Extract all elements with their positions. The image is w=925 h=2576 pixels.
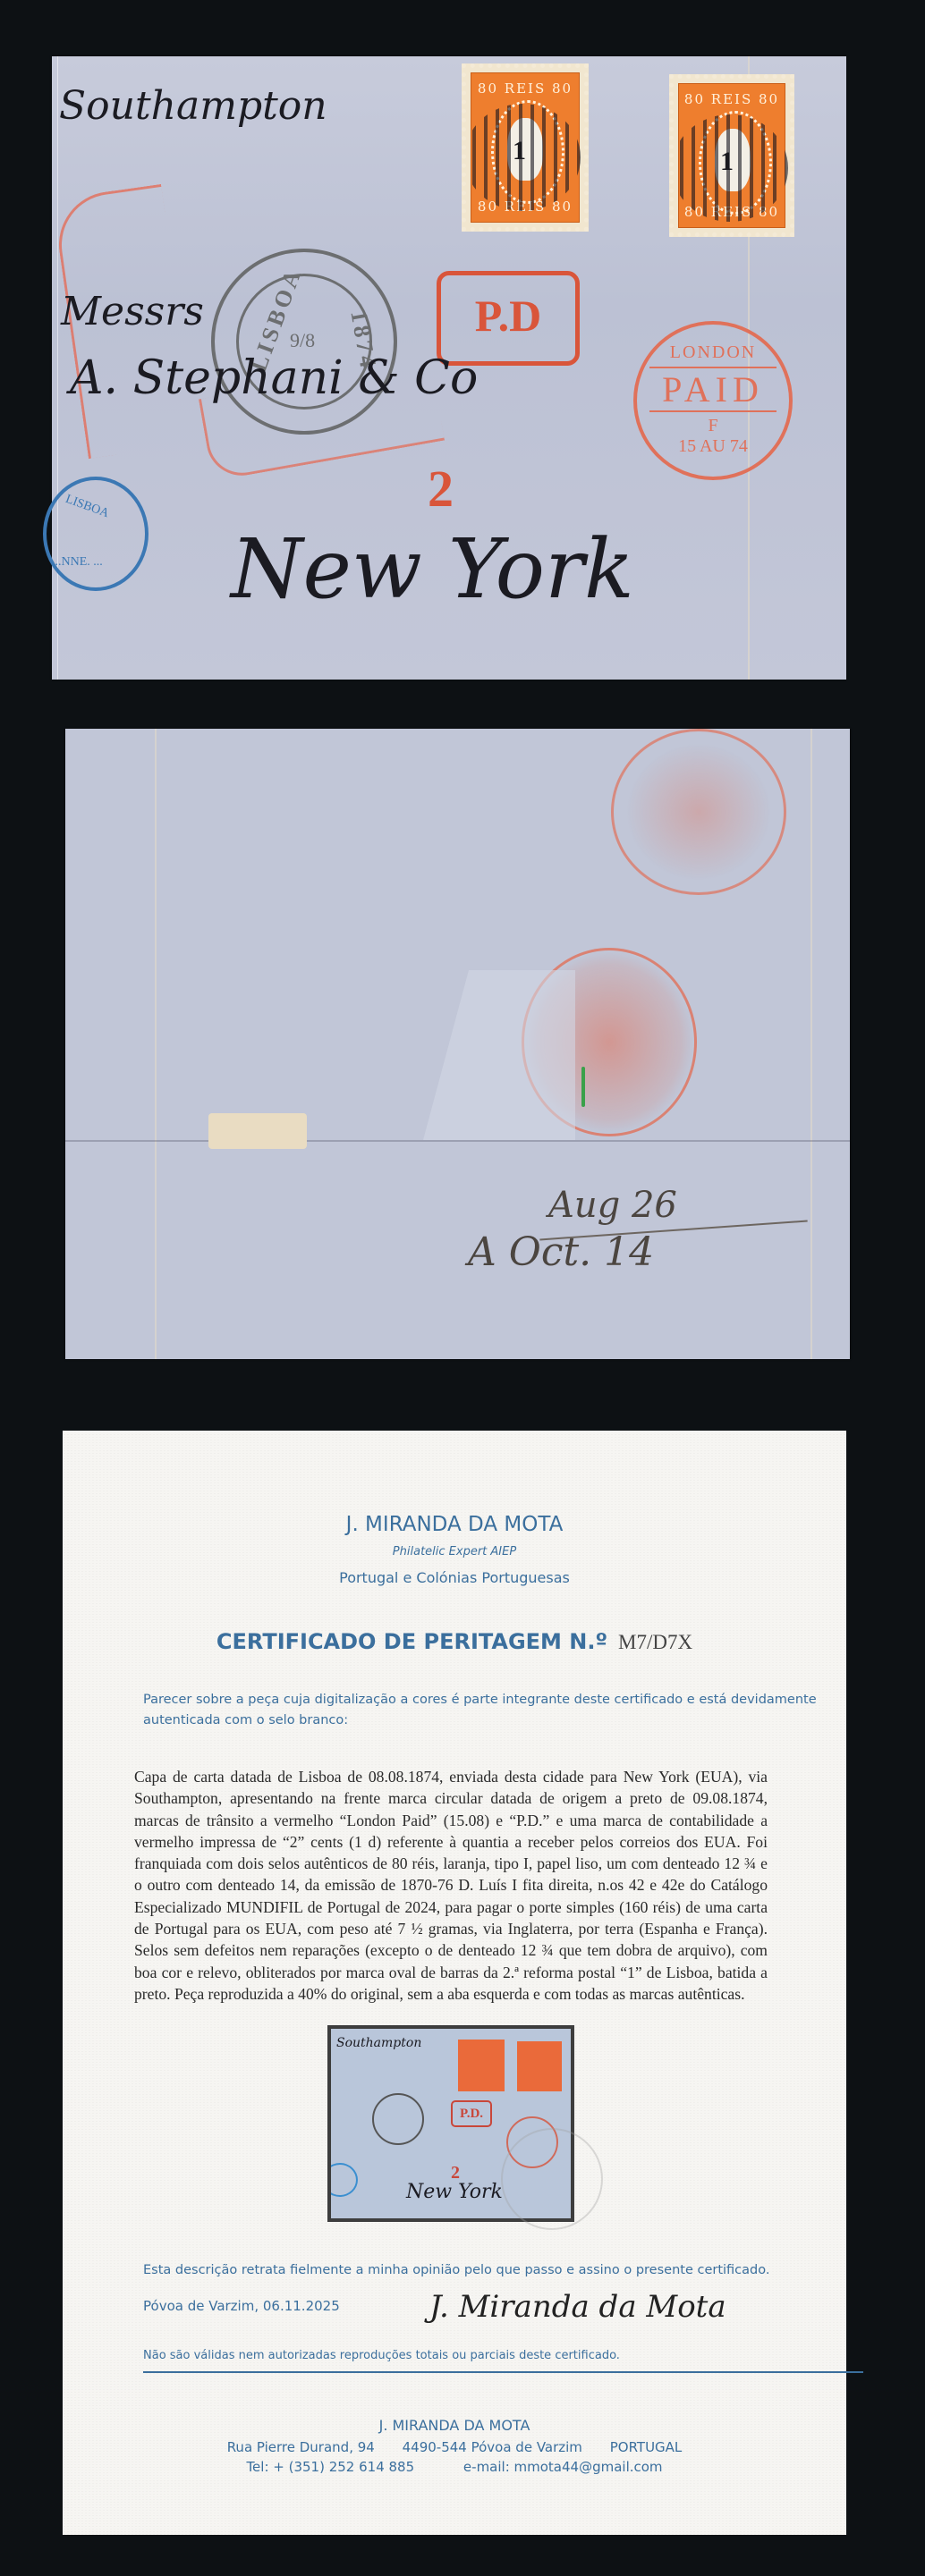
footer-email[interactable]: e-mail: mmota44@gmail.com (463, 2459, 663, 2475)
green-mark (581, 1067, 585, 1107)
certificate-number: M7/D7X (618, 1631, 692, 1653)
footer-name: J. MIRANDA DA MOTA (63, 2417, 846, 2434)
cover-front: Southampton 80 REIS 80 80 REIS 80 1 80 R… (52, 56, 846, 680)
stamp-80-reis-2: 80 REIS 80 80 REIS 80 1 (669, 74, 794, 237)
embossed-seal (501, 2128, 603, 2230)
footer-address: Rua Pierre Durand, 94 4490-544 Póvoa de … (63, 2439, 846, 2455)
footer-contact: Tel: + (351) 252 614 885 e-mail: mmota44… (63, 2459, 846, 2475)
cover-back: Aug 26 A Oct. 14 (65, 729, 850, 1359)
certificate-description: Capa de carta datada de Lisboa de 08.08.… (134, 1766, 768, 2005)
flap-fold (423, 970, 575, 1140)
issuer-name: J. MIRANDA DA MOTA (63, 1513, 846, 1536)
reproduction-disclaimer: Não são válidas nem autorizadas reproduç… (143, 2349, 620, 2362)
certificate-title-row: CERTIFICADO DE PERITAGEM N.º M7/D7X (63, 1629, 846, 1654)
thumb-pd-mark: P.D. (451, 2100, 492, 2127)
footer-phone: Tel: + (351) 252 614 885 (246, 2459, 414, 2475)
thumb-lisboa-postmark (372, 2093, 424, 2145)
london-backstamp (611, 729, 786, 895)
thumb-stamp-2 (517, 2041, 562, 2091)
thumb-blue-oval (327, 2163, 358, 2197)
lisboa-postmark: LISBOA 1874 9/8 (211, 249, 397, 435)
thumb-city: New York (406, 2181, 503, 2203)
due-mark-2: 2 (428, 459, 454, 519)
thumb-stamp-1 (458, 2040, 505, 2091)
blue-oval-handstamp: LISBOA ...NNE. ... (43, 477, 149, 591)
disclaimer-rule (143, 2371, 863, 2373)
london-paid-postmark: LONDON PAID F 15 AU 74 (633, 321, 793, 480)
issuer-specialty: Portugal e Colónias Portuguesas (63, 1569, 846, 1586)
route-note: Southampton (59, 83, 327, 129)
footer-street: Rua Pierre Durand, 94 (227, 2439, 375, 2455)
certificate-title: CERTIFICADO DE PERITAGEM N.º (216, 1629, 607, 1654)
footer-country: PORTUGAL (610, 2439, 683, 2455)
stamp-80-reis-1: 80 REIS 80 80 REIS 80 1 (462, 63, 589, 232)
place-date: Póvoa de Varzim, 06.11.2025 (143, 2298, 340, 2314)
footer-postal: 4490-544 Póvoa de Varzim (403, 2439, 582, 2455)
docket-answered: A Oct. 14 (468, 1229, 654, 1275)
docket-received: Aug 26 (548, 1185, 677, 1226)
addressee-line-2: A. Stephani & Co (70, 351, 478, 405)
destination-city: New York (231, 521, 634, 617)
issuer-subtitle: Philatelic Expert AIEP (63, 1545, 846, 1558)
certificate-intro: Parecer sobre a peça cuja digitalização … (143, 1690, 850, 1731)
expert-signature: J. Miranda da Mota (429, 2289, 726, 2325)
expertise-certificate: J. MIRANDA DA MOTA Philatelic Expert AIE… (63, 1431, 846, 2535)
addressee-line-1: Messrs (61, 289, 204, 334)
certificate-statement: Esta descrição retrata fielmente a minha… (143, 2263, 769, 2277)
paper-hinge (208, 1113, 307, 1149)
